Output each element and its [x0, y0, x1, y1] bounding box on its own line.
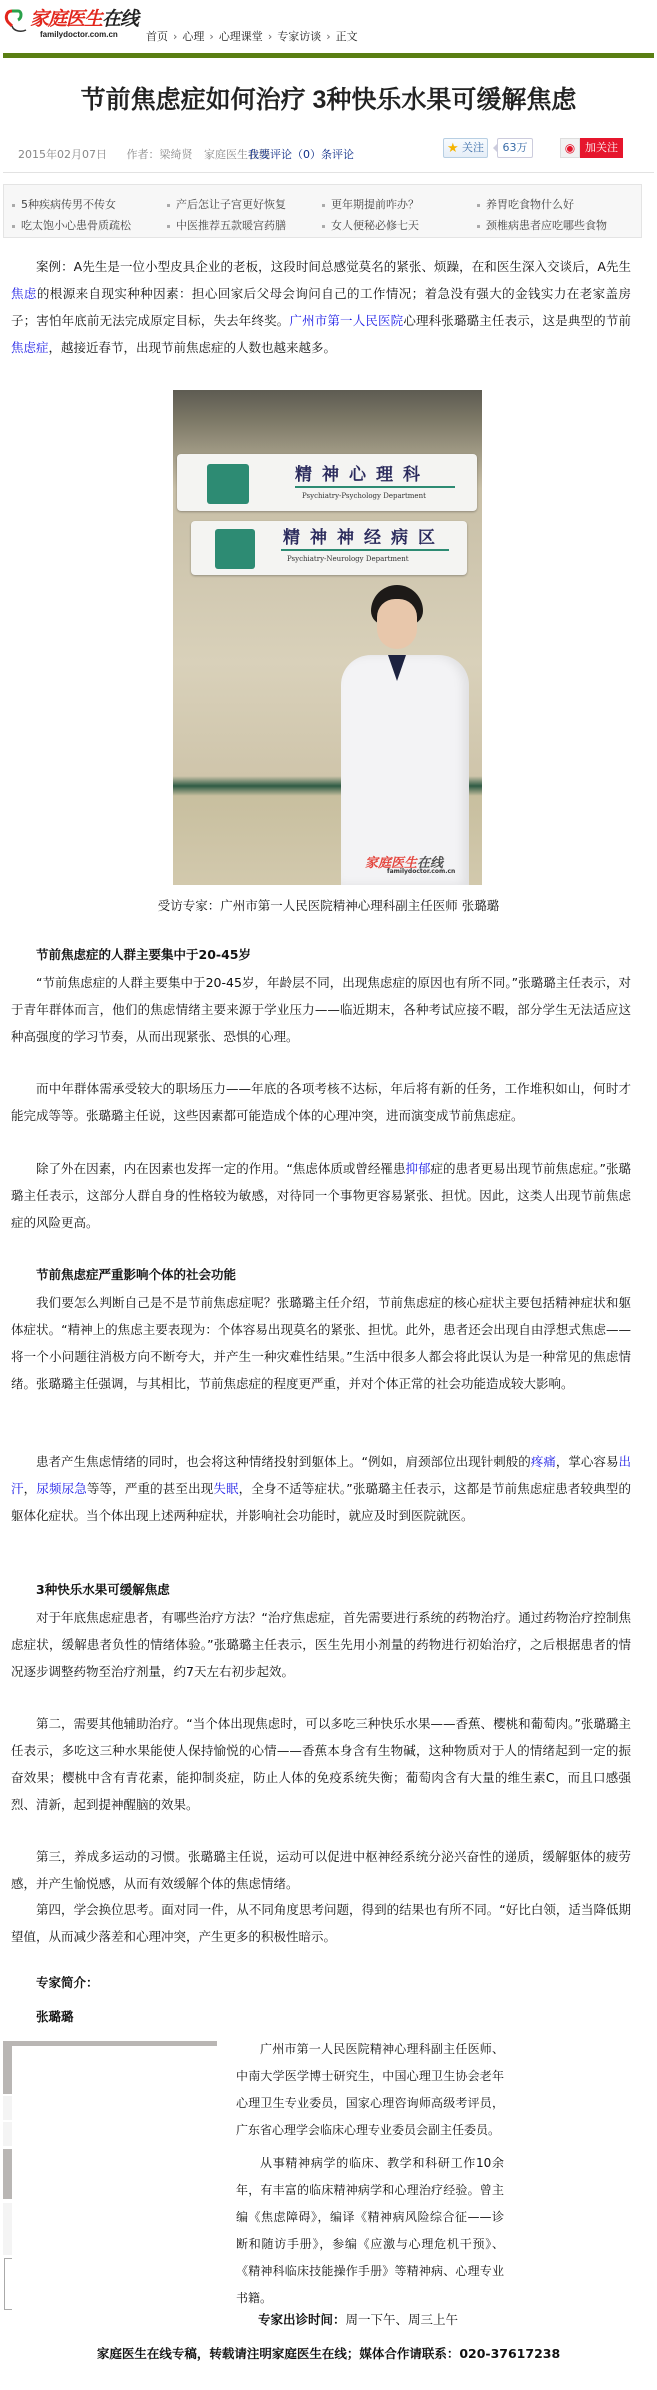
section-heading: 3种快乐水果可缓解焦虑	[36, 1580, 170, 1598]
sign-psych-neurology: 精神神经病区 Psychiatry-Neurology Department	[191, 521, 467, 575]
link-insomnia[interactable]: 失眠	[213, 1481, 238, 1496]
expert-name: 张璐璐	[36, 2007, 74, 2025]
copyright-note: 家庭医生在线专稿，转载请注明家庭医生在线；媒体合作请联系：020-3761723…	[0, 2344, 657, 2362]
paragraph: 第二，需要其他辅助治疗。“当个体出现焦虑时，可以多吃三种快乐水果——香蕉、樱桃和…	[11, 1710, 631, 1818]
chevron-right-icon: ›	[268, 30, 272, 43]
doctor-photo: 精神心理科 Psychiatry-Psychology Department 精…	[173, 390, 482, 885]
brain-stethoscope-icon	[207, 464, 249, 504]
logo-text-cn: 家庭医生在线	[30, 4, 138, 31]
sign-psych-psychology: 精神心理科 Psychiatry-Psychology Department	[177, 454, 477, 511]
qzone-follow-button[interactable]: ★ 关注	[443, 138, 488, 158]
paragraph: 对于年底焦虑症患者，有哪些治疗方法？“治疗焦虑症，首先需要进行系统的药物治疗。通…	[11, 1604, 631, 1685]
stethoscope-logo-icon	[4, 8, 32, 34]
divider	[3, 172, 654, 173]
link-anxiety-disorder[interactable]: 焦虑症	[11, 340, 49, 355]
related-link[interactable]: 5种疾病传男不传女	[12, 196, 116, 212]
breadcrumb-current: 正文	[336, 30, 358, 43]
author: 作者：梁绮贤	[127, 148, 193, 161]
paragraph: 第三，养成多运动的习惯。张璐璐主任说，运动可以促进中枢神经系统分泌兴奋性的递质，…	[11, 1843, 631, 1897]
paragraph: 而中年群体需承受较大的职场压力——年底的各项考核不达标，年后将有新的任务，工作堆…	[11, 1075, 631, 1129]
follow-count: 63万	[497, 138, 533, 158]
link-anxiety[interactable]: 焦虑	[11, 286, 37, 301]
paragraph-case: 案例：A先生是一位小型皮具企业的老板，这段时间总感觉莫名的紧张、烦躁，在和医生深…	[11, 253, 631, 361]
page-title: 节前焦虑症如何治疗 3种快乐水果可缓解焦虑	[0, 80, 657, 116]
star-icon: ★	[447, 140, 459, 158]
breadcrumb-psychology[interactable]: 心理	[182, 30, 204, 43]
paragraph: 除了外在因素，内在因素也发挥一定的作用。“焦虑体质或曾经罹患抑郁症的患者更易出现…	[11, 1155, 631, 1236]
related-links-box: 5种疾病传男不传女 产后怎让子宫更好恢复 更年期提前咋办？ 养胃吃食物什么好 吃…	[3, 184, 642, 238]
publish-date: 2015年02月07日	[18, 148, 107, 161]
breadcrumb-psych-class[interactable]: 心理课堂	[219, 30, 263, 43]
chevron-right-icon: ›	[326, 30, 330, 43]
site-header: 家庭医生在线 familydoctor.com.cn 首页›心理›心理课堂›专家…	[0, 0, 657, 44]
doctor-figure	[333, 585, 473, 885]
related-link[interactable]: 颈椎病患者应吃哪些食物	[477, 217, 607, 233]
section-heading: 节前焦虑症严重影响个体的社会功能	[36, 1265, 236, 1283]
article-meta: 2015年02月07日 作者：梁绮贤 家庭医生在线	[18, 146, 286, 162]
paragraph: 第四，学会换位思考。面对同一件，从不同角度思考问题，得到的结果也有所不同。“好比…	[11, 1896, 631, 1950]
breadcrumb-home[interactable]: 首页	[146, 30, 168, 43]
expert-bio: 广州市第一人民医院精神心理科副主任医师、中南大学医学博士研究生，中国心理卫生协会…	[236, 2036, 504, 2144]
expert-bio: 从事精神病学的临床、教学和科研工作10余年，有丰富的临床精神病学和心理治疗经验。…	[236, 2150, 504, 2312]
breadcrumb-expert-interview[interactable]: 专家访谈	[277, 30, 321, 43]
expert-photo-placeholder	[3, 2041, 217, 2281]
section-heading: 节前焦虑症的人群主要集中于20-45岁	[36, 945, 251, 963]
link-hospital[interactable]: 广州市第一人民医院	[289, 313, 403, 328]
related-link[interactable]: 女人便秘必修七天	[322, 217, 419, 233]
header-divider	[3, 53, 654, 58]
related-link[interactable]: 产后怎让子宫更好恢复	[167, 196, 286, 212]
weibo-icon: ◉	[560, 138, 580, 158]
breadcrumb: 首页›心理›心理课堂›专家访谈›正文	[146, 28, 358, 44]
paragraph: 患者产生焦虑情绪的同时，也会将这种情绪投射到躯体上。“例如，肩颈部位出现针刺般的…	[11, 1448, 631, 1529]
related-link[interactable]: 养胃吃食物什么好	[477, 196, 574, 212]
clinic-time: 专家出诊时间：周一下午、周三上午	[258, 2310, 458, 2328]
logo-text-en: familydoctor.com.cn	[40, 30, 118, 39]
chevron-right-icon: ›	[173, 30, 177, 43]
paragraph: 我们要怎么判断自己是不是节前焦虑症呢？张璐璐主任介绍，节前焦虑症的核心症状主要包…	[11, 1289, 631, 1397]
related-link[interactable]: 更年期提前咋办？	[322, 196, 419, 212]
paragraph: “节前焦虑症的人群主要集中于20-45岁，年龄层不同，出现焦虑症的原因也有所不同…	[11, 969, 631, 1050]
chevron-right-icon: ›	[209, 30, 213, 43]
expert-intro-heading: 专家简介：	[36, 1973, 99, 1991]
brain-stethoscope-icon	[215, 529, 255, 569]
related-link[interactable]: 吃太饱小心患骨质疏松	[12, 217, 131, 233]
link-depression[interactable]: 抑郁	[405, 1161, 430, 1176]
related-link[interactable]: 中医推荐五款暖宫药膳	[167, 217, 286, 233]
photo-caption: 受访专家：广州市第一人民医院精神心理科副主任医师 张璐璐	[0, 896, 657, 914]
comment-link[interactable]: 我要评论（0）条评论	[248, 146, 354, 162]
link-pain[interactable]: 疼痛	[531, 1454, 556, 1469]
weibo-follow-button[interactable]: ◉ 加关注	[560, 138, 623, 158]
link-frequent-urination[interactable]: 尿频尿急	[36, 1481, 87, 1496]
